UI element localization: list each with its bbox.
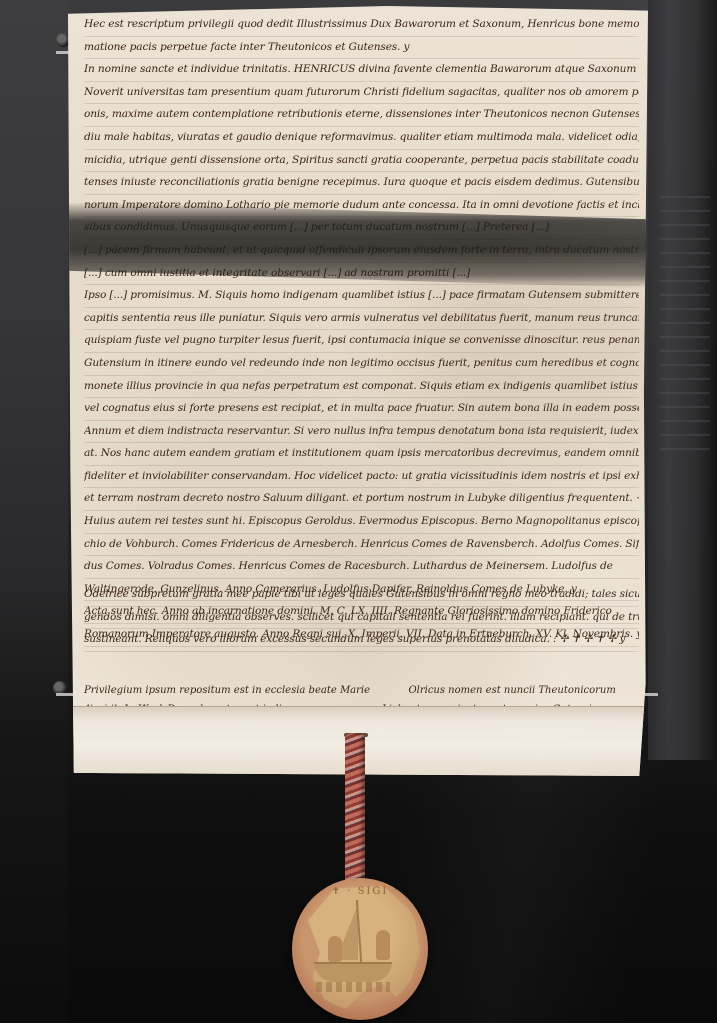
seal-figure-right-icon [376,930,390,960]
footer-note-right: Olricus nomen est nuncii Theutonicorum q… [408,681,639,700]
wax-seal: · ✝ · SIGI · [292,878,428,1020]
subscription-block: Odelrice subpretum gratia mee papie tibi… [84,584,639,652]
body-line: capitis sententia reus ille puniatur. Si… [84,308,639,331]
witness-line: chio de Vohburch. Comes Fridericus de Ar… [84,534,639,557]
body-line: et terram nostram decreto nostro Saluum … [84,488,639,511]
body-line: onis, maxime autem contemplatione retrib… [84,104,639,127]
subscription-line: Odelrice subpretum gratia mee papie tibi… [84,584,639,607]
seal-cord [345,733,365,883]
body-line: micidia, utrique genti dissensione orta,… [84,150,639,173]
body-line: Gutensium in itinere eundo vel redeundo … [84,353,639,376]
witness-line: Huius autem rei testes sunt hi. Episcopu… [84,511,639,534]
charter-text: Hec est rescriptum privilegii quod dedit… [84,14,639,647]
mounting-clip-top-left [56,33,70,47]
witness-line: dus Comes. Volradus Comes. Henricus Come… [84,556,639,579]
body-line: monete illius provincie in qua nefas per… [84,376,639,399]
body-line: at. Nos hanc autem eandem gratiam et ins… [84,443,639,466]
seal-waves-icon [316,982,390,992]
subscription-line: gendos dimisi. omni diligentia observes.… [84,607,639,630]
body-line: fideliter et inviolabiliter conservandam… [84,466,639,489]
preamble-line: Hec est rescriptum privilegii quod dedit… [84,14,639,37]
body-line: In nomine sancte et individue trinitatis… [84,59,639,82]
charter-parchment: Hec est rescriptum privilegii quod dedit… [68,6,648,776]
ship-hull-icon [314,962,392,982]
footer-note-left: Privilegium ipsum repositum est in eccle… [84,681,408,700]
body-line: diu male habitas, viuratas et gaudio den… [84,127,639,150]
body-line: Ipso [...] promisimus. M. Siquis homo in… [84,285,639,308]
body-line: tenses iniuste reconciliationis gratia b… [84,172,639,195]
body-line: quispiam fuste vel pugno turpiter lesus … [84,330,639,353]
info-panel-blurred [660,190,710,450]
body-line: Noverit universitas tam presentium quam … [84,82,639,105]
subscription-line: sustineant. Reliquos vero illorum excess… [84,629,639,652]
seal-legend: · ✝ · SIGI · [292,886,428,897]
preamble-line: matione pacis perpetue facte inter Theut… [84,37,639,60]
body-line: Annum et diem indistracta reservantur. S… [84,421,639,444]
body-line: vel cognatus eius si forte presens est r… [84,398,639,421]
display-wall-left [0,0,68,1023]
seal-figure-left-icon [328,936,342,962]
